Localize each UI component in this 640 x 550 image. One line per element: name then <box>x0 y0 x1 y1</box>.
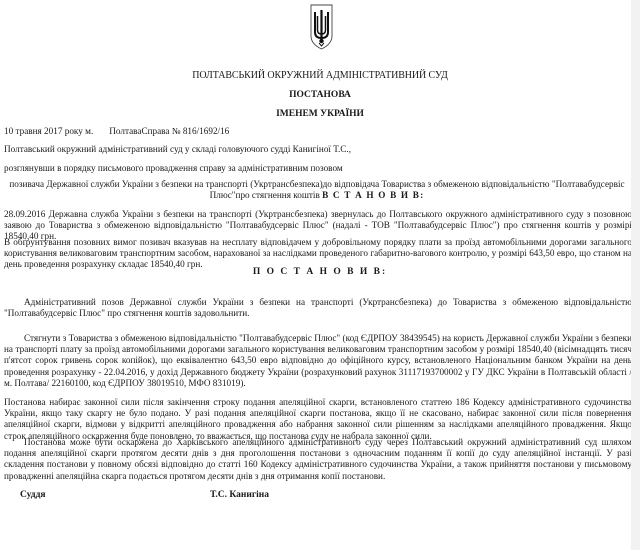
ruling-date: 10 травня 2017 року м. <box>4 126 93 136</box>
court-ruling-document: ПОЛТАВСЬКИЙ ОКРУЖНИЙ АДМІНІСТРАТИВНИЙ СУ… <box>0 0 640 550</box>
claim-text: позивача Державної служби України з безп… <box>9 179 624 200</box>
date-and-case-line: 10 травня 2017 року м.ПолтаваСправа № 81… <box>4 126 229 137</box>
judge-name: Т.С. Канигіна <box>210 490 269 501</box>
resolution-satisfy-paragraph: Адміністративний позов Державної служби … <box>4 297 632 319</box>
ukraine-trident-coat-of-arms-icon <box>309 2 334 52</box>
document-type-title: ПОСТАНОВА <box>0 90 640 101</box>
claim-description: позивача Державної служби України з безп… <box>4 179 630 201</box>
in-name-of-ukraine: ІМЕНЕМ УКРАЇНИ <box>0 109 640 120</box>
resolution-collect-paragraph: Стягнути з Товариства з обмеженою відпов… <box>4 333 632 389</box>
considered-line: розглянувши в порядку письмового провадж… <box>4 163 343 174</box>
case-number: ПолтаваСправа № 816/1692/16 <box>109 126 229 136</box>
judge-label: Суддя <box>20 490 46 501</box>
resolution-appeal-paragraph: Постанова може бути оскаржена до Харківс… <box>4 437 632 482</box>
established-label: В С Т А Н О В И В: <box>322 190 424 200</box>
resolved-title: П О С Т А Н О В И В: <box>0 267 640 278</box>
court-name: ПОЛТАВСЬКИЙ ОКРУЖНИЙ АДМІНІСТРАТИВНИЙ СУ… <box>0 70 640 81</box>
resolution-legal-force-paragraph: Постанова набирає законної сили після за… <box>4 397 632 442</box>
court-composition: Полтавський окружний адміністративний су… <box>4 144 351 155</box>
scrollbar-track[interactable] <box>631 0 640 550</box>
established-paragraph-2: В обґрунтування позовних вимог позивач в… <box>4 237 632 271</box>
